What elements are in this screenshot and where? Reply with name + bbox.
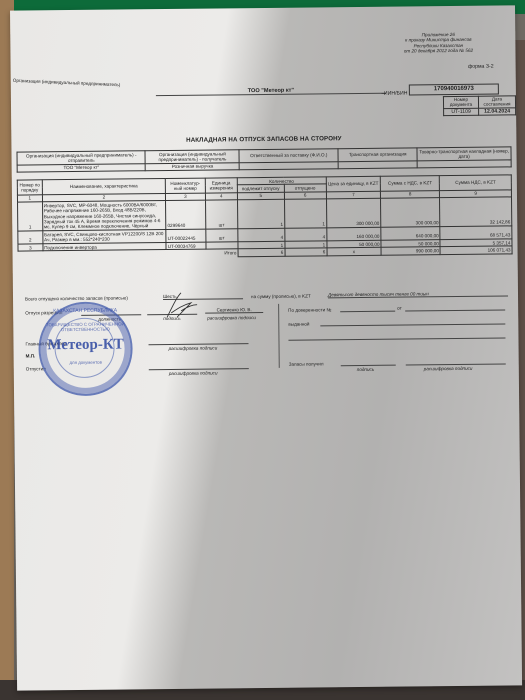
row-vat: 68 571,43 (440, 226, 512, 240)
from-label: от (397, 306, 402, 311)
power-of-attorney-line (340, 311, 395, 313)
decoding-caption: расшифровка подписи (207, 315, 256, 321)
sender-value: ТОО "Метеор кт" (17, 164, 146, 173)
released-decoding-caption: расшифровка подписи (169, 370, 218, 376)
power-of-attorney-label: По доверенности № (288, 307, 331, 313)
inn-value: 170940016973 (409, 84, 499, 96)
doc-number: UT-1109 (444, 108, 479, 115)
form-code: форма З-2 (468, 64, 494, 70)
row-name: Батарея, SVC, Свинцово-кислотная VP12200… (43, 230, 167, 244)
transport-value (338, 161, 417, 169)
total-label: Итого (18, 249, 238, 259)
doc-number-label: Номер документа (443, 96, 478, 108)
responsible-header: Ответственный за поставку (Ф.И.О.) (239, 149, 338, 163)
total-sum-vat: 990 000,00 (381, 247, 440, 255)
row-sum-vat: 300 000,00 (381, 198, 441, 228)
stamp-company-name: Метеор-КТ (40, 336, 130, 354)
col-header-sum-vat: Сумма с НДС, в KZT (380, 176, 439, 191)
doc-date-label: Дата составления (478, 96, 515, 108)
col-header-name: Наименование, характеристика (42, 179, 166, 195)
waybill-header: Товарно-транспортная накладная (номер, д… (417, 147, 511, 161)
waybill-value (417, 160, 511, 168)
transport-header: Транспортная организация (338, 148, 417, 162)
total-qty-released: 6 (285, 248, 327, 256)
appendix-note: Приложение 26 к приказу Министра финансо… (383, 32, 493, 55)
received-signature-caption: подпись (357, 367, 374, 373)
appendix-line: от 20 декабря 2012 года № 562 (383, 48, 493, 55)
stamp-sub-top: ТОВАРИЩЕСТВО С ОГРАНИЧЕННОЙ ОТВЕТСТВЕННО… (40, 321, 130, 332)
col-header-price: Цена за единицу, в KZT (326, 176, 380, 191)
stamp-sub-bottom: для документов (41, 359, 131, 365)
row-qty-released: 4 (285, 228, 327, 241)
col-header-num: Номер по порядку (17, 180, 42, 195)
items-table: Номер по порядку Наименование, характери… (17, 174, 513, 259)
doc-number-table: Номер документа Дата составления UT-1109… (443, 95, 516, 116)
document-title: НАКЛАДНАЯ НА ОТПУСК ЗАПАСОВ НА СТОРОНУ (11, 133, 516, 145)
row-qty-released: 1 (284, 199, 326, 228)
chief-decoding-caption: расшифровка подписи (169, 345, 218, 351)
row-price: 160 000,00 (327, 228, 381, 241)
issued-line-2 (288, 337, 505, 340)
total-qty-label: Всего отпущено количество запасов (пропи… (25, 295, 128, 301)
released-by-name: Сергиенко Ю. В. (205, 307, 263, 314)
stamp-ring-text: КАЗАХСТАН РЕСПУБЛИКА (40, 307, 130, 314)
org-label: Организация (индивидуальный предпринимат… (13, 78, 121, 88)
row-sum-vat: 640 000,00 (381, 227, 440, 240)
mp-label: М.П. (26, 353, 36, 359)
issued-line (320, 323, 505, 326)
received-label: Запасы получил (289, 361, 324, 367)
row-vat: 32 142,86 (440, 197, 512, 227)
col-header-unit: Единица измерения (205, 178, 237, 193)
col-header-vat: Сумма НДС, в KZT (440, 175, 512, 191)
receiver-header: Организация (индивидуальный предпринимат… (145, 150, 239, 164)
row-name: Инвертор, SVC, MP-6048, Мощность 6000ВА/… (42, 201, 166, 231)
issued-label: выданной (288, 322, 309, 328)
total-qty-to-release: 6 (238, 249, 285, 257)
row-qty-to-release: 1 (237, 200, 284, 230)
inn-label: ИИН/БИН (384, 90, 408, 96)
total-sum-value: Девятьсот девяносто тысяч тенге 00 тиын (328, 290, 508, 298)
total-vat: 106 071,43 (440, 246, 512, 254)
row-nomenclature: 0299640 (166, 200, 206, 229)
row-num: 1 (18, 202, 43, 231)
receiver-value: Розничная выручка (146, 163, 240, 171)
company-stamp: КАЗАХСТАН РЕСПУБЛИКА ТОВАРИЩЕСТВО С ОГРА… (38, 301, 133, 396)
footer-divider (278, 304, 280, 368)
handwritten-signature (163, 291, 199, 321)
from-line (405, 309, 505, 311)
row-unit: шт (205, 200, 237, 229)
col-header-nomenclature: Номенклатур-ный номер (165, 178, 205, 193)
row-unit: шт (206, 229, 238, 242)
parties-table: Организация (индивидуальный предпринимат… (16, 146, 511, 172)
received-decoding-caption: расшифровка подписи (424, 366, 473, 372)
waybill-document: Приложение 26 к приказу Министра финансо… (10, 5, 522, 690)
total-price: х (327, 248, 381, 256)
responsible-value (239, 162, 338, 170)
total-sum-label: на сумму (прописью), в KZT (251, 294, 311, 300)
row-nomenclature: UT-00022445 (166, 229, 206, 242)
row-num: 2 (18, 231, 43, 244)
org-name: ТОО "Метеор кт" (156, 87, 386, 96)
doc-date: 12.04.2024 (479, 108, 516, 115)
row-price: 300 000,00 (326, 198, 381, 228)
row-qty-to-release: 4 (238, 229, 285, 242)
